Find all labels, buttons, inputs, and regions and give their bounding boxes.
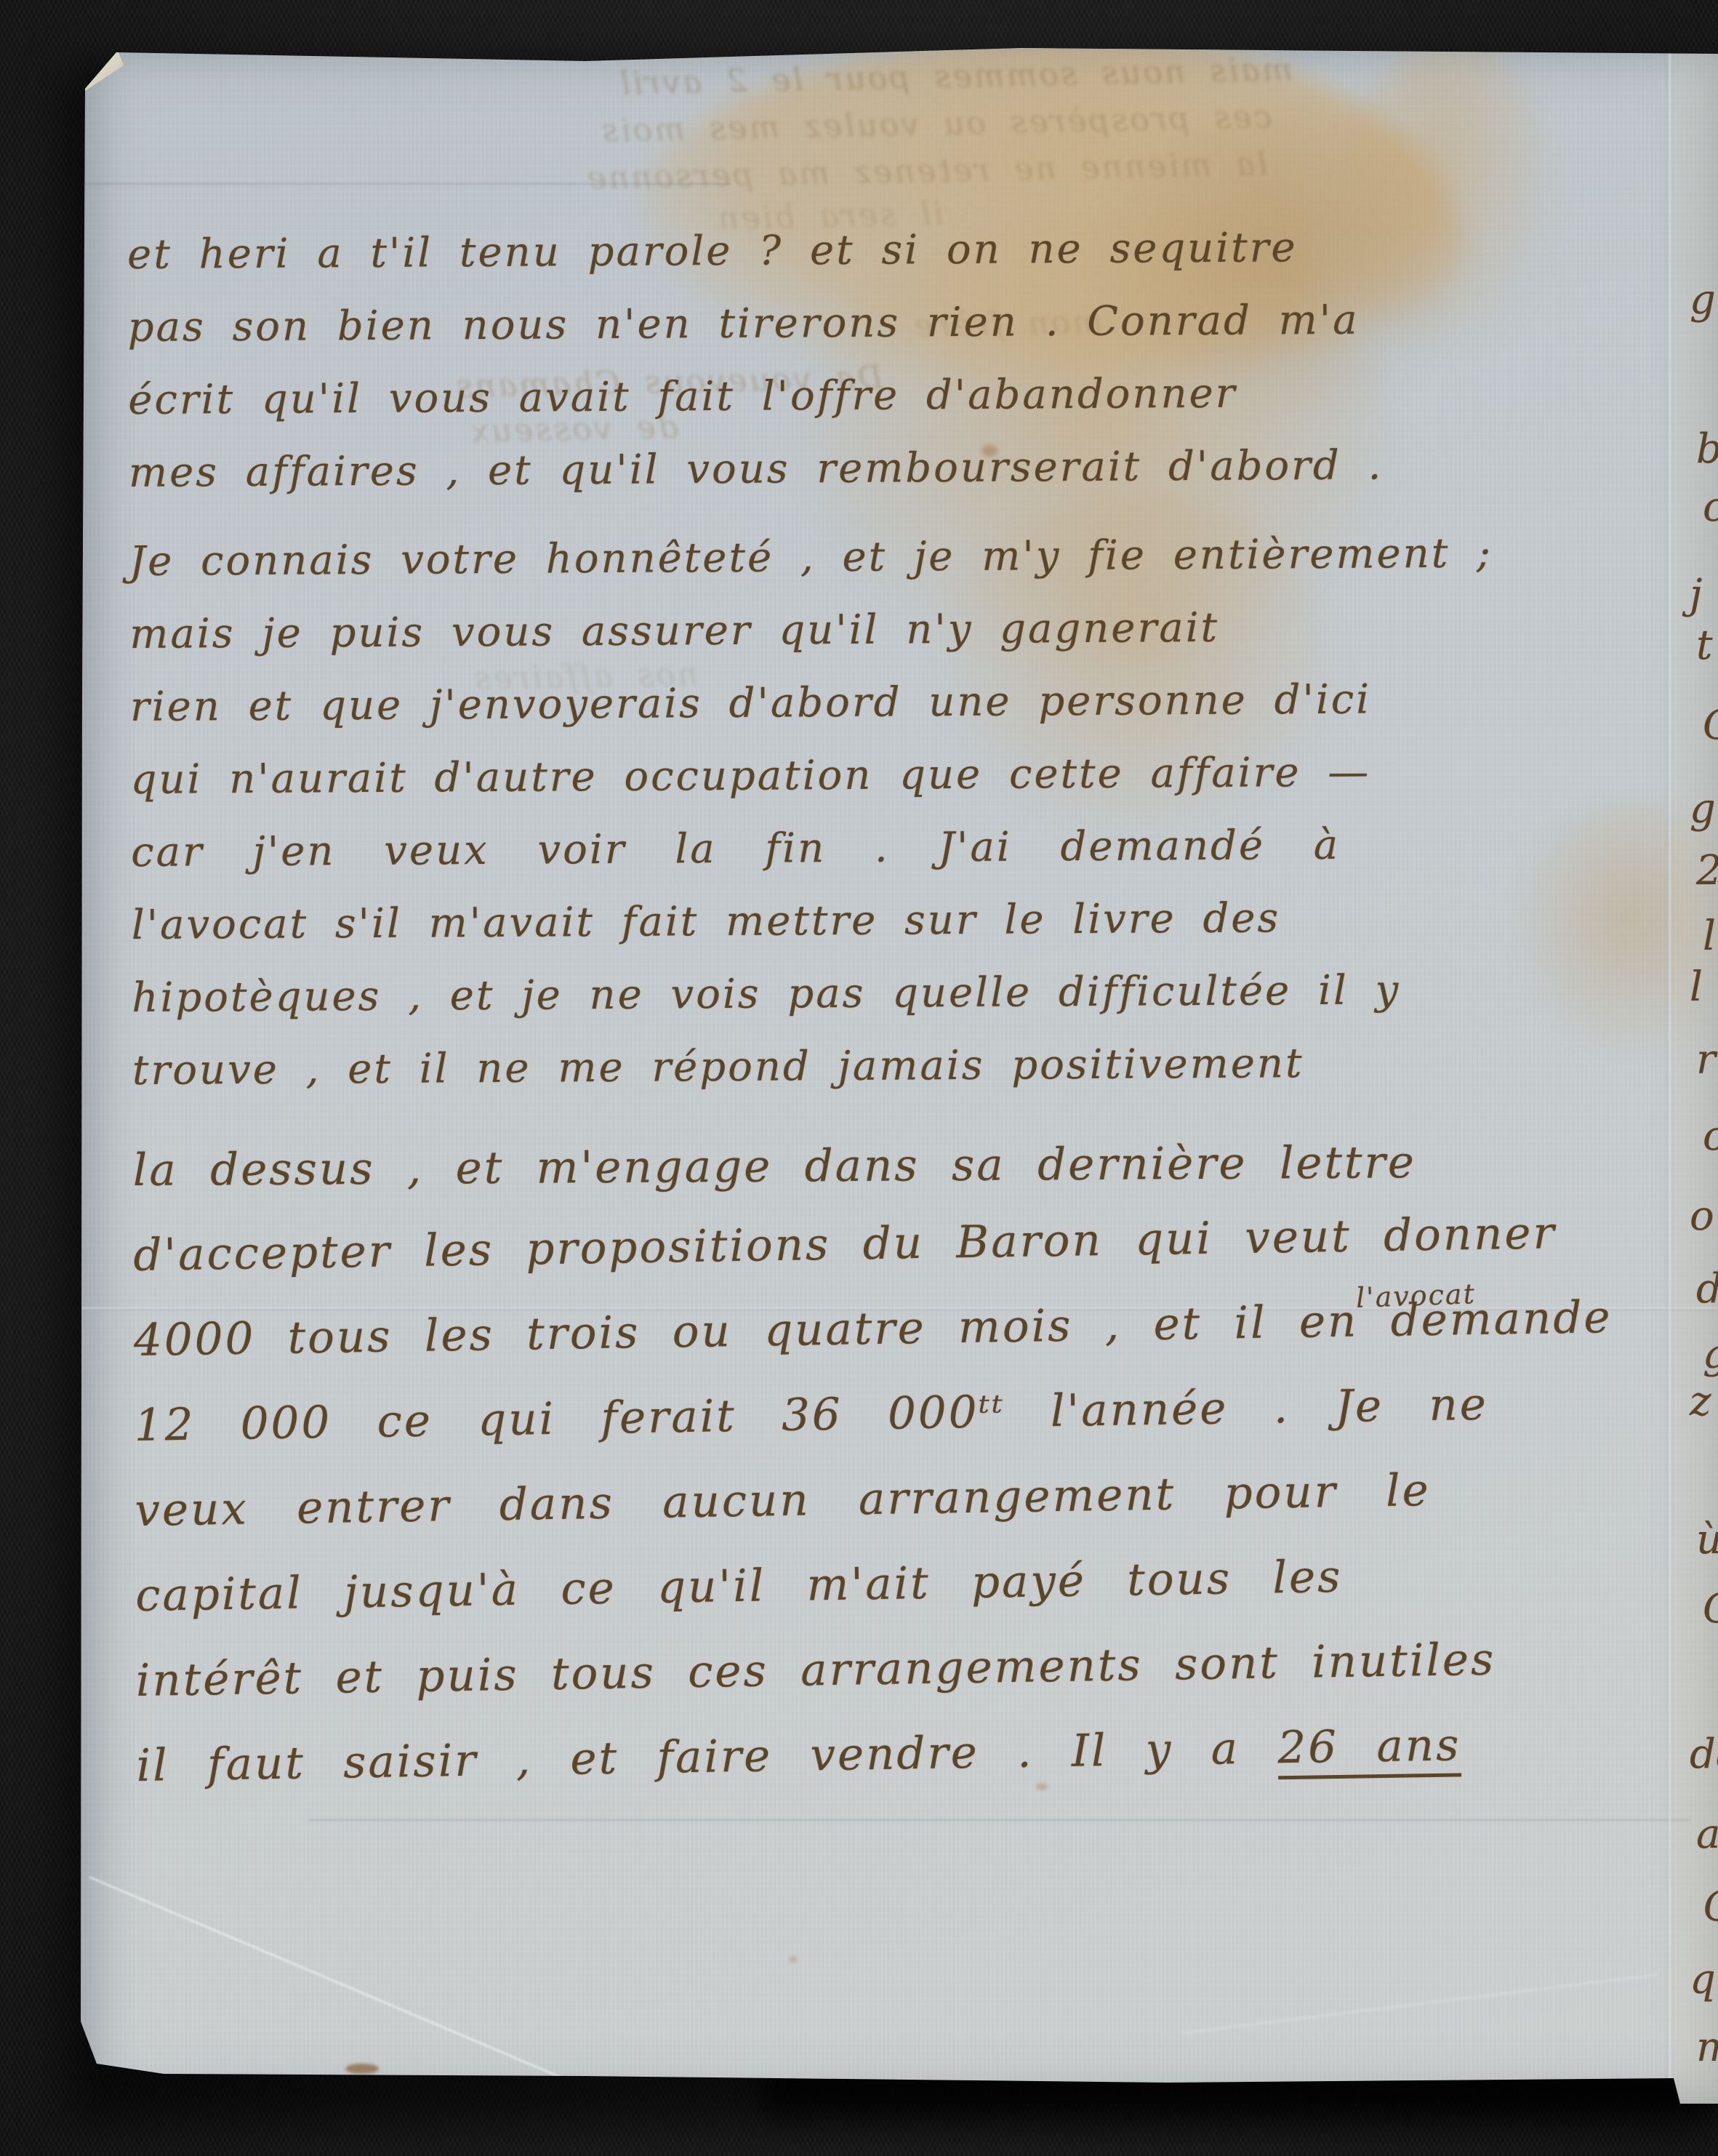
letter-line: rien et que j'envoyerais d'abord une per…: [130, 674, 1672, 756]
cut-off-letter-fragment: g: [1703, 1331, 1718, 1378]
cut-off-letter-fragment: t: [1696, 622, 1713, 669]
letter-line: l'avocat s'il m'avait fait mettre sur le…: [132, 892, 1674, 974]
paper-spot: [789, 1956, 798, 1963]
cut-off-letter-fragment: ù: [1696, 1516, 1718, 1563]
cut-off-letter-fragment: b: [1696, 425, 1718, 473]
cut-off-letter-fragment: l: [1703, 913, 1716, 960]
cut-off-letter-fragment: m: [1696, 2024, 1718, 2071]
diagonal-crease: [89, 1876, 598, 2094]
letter-line: Je connais votre honnêteté , et je m'y f…: [129, 529, 1671, 611]
cut-off-letter-fragment: c: [1703, 484, 1718, 531]
cut-off-letter-fragment: o: [1690, 1193, 1714, 1240]
letter-line: car j'en veux voir la fin . J'ai demandé…: [131, 819, 1673, 902]
cut-off-letter-fragment: Qu: [1703, 1883, 1718, 1931]
cut-off-letter-fragment: 2: [1696, 847, 1718, 894]
cut-off-letter-fragment: g: [1690, 785, 1716, 833]
letter-line: mais je puis vous assurer qu'il n'y gagn…: [129, 601, 1671, 684]
faint-crease: [76, 183, 731, 185]
cut-off-letter-fragment: qu: [1690, 1956, 1718, 2003]
cut-off-letter-fragment: Ch: [1703, 1585, 1718, 1632]
cut-off-letter-fragment: l: [1690, 963, 1703, 1011]
cut-off-letter-fragment: g: [1690, 276, 1716, 324]
interline-note: l'avocat: [1355, 1278, 1476, 1314]
cut-off-letter-fragment: d: [1696, 1265, 1718, 1313]
diagonal-crease: [1181, 1974, 1658, 2034]
letter-line: écrit qu'il vous avait fait l'offre d'ab…: [128, 367, 1670, 449]
letter-line: hipotèques , et je ne vois pas quelle di…: [132, 965, 1674, 1047]
underlined-text: 26 ans: [1277, 1719, 1461, 1779]
letter-line: qui n'aurait d'autre occupation que cett…: [130, 747, 1672, 829]
cut-off-letter-fragment: z: [1690, 1378, 1711, 1425]
cut-off-letter-fragment: O: [1703, 702, 1718, 749]
letter-text-block: et heri a t'il tenu parole ? et si on ne…: [127, 222, 1678, 1825]
cut-off-letter-fragment: a: [1696, 1811, 1718, 1858]
cut-off-letter-fragment: da: [1690, 1731, 1718, 1778]
letter-line: mes affaires , et qu'il vous remboursera…: [129, 440, 1671, 522]
letter-line: trouve , et il ne me répond jamais posit…: [132, 1038, 1674, 1120]
letter-page: mais nous sommes pour le 2 avrilces pros…: [76, 44, 1718, 2104]
letter-line: et heri a t'il tenu parole ? et si on ne…: [127, 222, 1669, 304]
paper-spot: [345, 2064, 379, 2074]
cut-off-letter-fragment: j: [1690, 571, 1702, 618]
cut-off-letter-fragment: r: [1696, 1036, 1716, 1083]
second-page-text-fragments: gbcjtOg2llroodgzùChdaaQuqum: [1679, 44, 1718, 2104]
photograph-of-letter: { "photo": { "background_color": "#1b1b1…: [0, 0, 1718, 2156]
letter-line: pas son bien nous n'en tirerons rien . C…: [128, 294, 1670, 377]
cut-off-letter-fragment: o: [1703, 1113, 1718, 1160]
